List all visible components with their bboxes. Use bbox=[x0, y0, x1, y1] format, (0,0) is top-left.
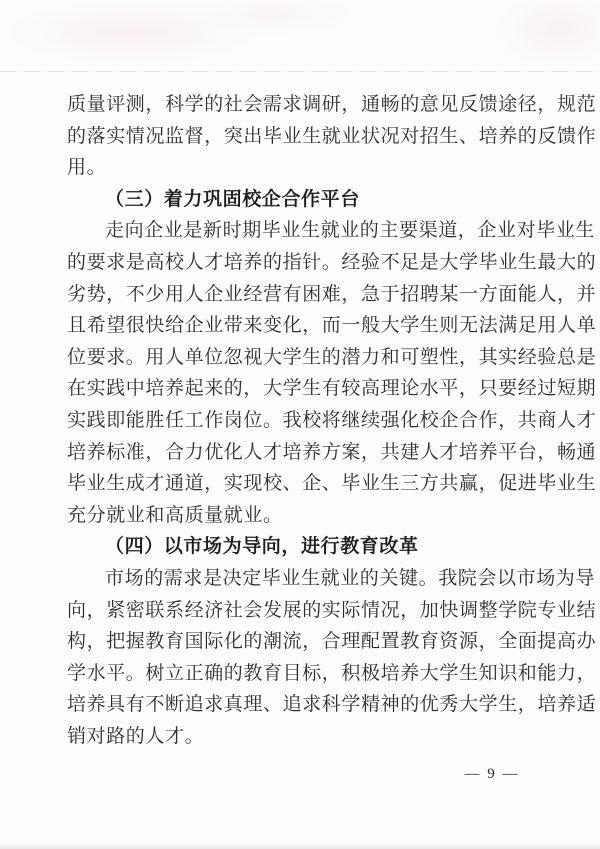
text-line: 位要求。用人单位忽视大学生的潜力和可塑性，其实经验总是 bbox=[67, 342, 545, 374]
text-line: 培养具有不断追求真理、追求科学精神的优秀大学生，培养适 bbox=[67, 689, 545, 721]
page-number: — 9 — bbox=[452, 766, 532, 783]
text-line: 市场的需求是决定毕业生就业的关键。我院会以市场为导 bbox=[67, 563, 545, 595]
text-line: 培养标准，合力优化人才培养方案，共建人才培养平台，畅通 bbox=[67, 437, 545, 469]
text-line: 向，紧密联系经济社会发展的实际情况，加快调整学院专业结 bbox=[67, 595, 545, 627]
section-heading: （四）以市场为导向，进行教育改革 bbox=[67, 531, 545, 563]
scan-artifact-bottom bbox=[0, 843, 600, 849]
document-body: 质量评测，科学的社会需求调研，通畅的意见反馈途径，规范的落实情况监督，突出毕业生… bbox=[67, 89, 545, 752]
text-line: 的落实情况监督，突出毕业生就业状况对招生、培养的反馈作 bbox=[67, 121, 545, 153]
scan-artifact-line bbox=[0, 71, 600, 72]
text-line: 在实践中培养起来的，大学生有较高理论水平，只要经过短期 bbox=[67, 373, 545, 405]
text-line: 实践即能胜任工作岗位。我校将继续强化校企合作，共商人才 bbox=[67, 405, 545, 437]
text-line: 用。 bbox=[67, 152, 545, 184]
document-page: 质量评测，科学的社会需求调研，通畅的意见反馈途径，规范的落实情况监督，突出毕业生… bbox=[0, 0, 600, 849]
scan-artifact-top bbox=[0, 0, 600, 72]
text-line: 销对路的人才。 bbox=[67, 721, 545, 753]
text-line: 且希望很快给企业带来变化，而一般大学生则无法满足用人单 bbox=[67, 310, 545, 342]
text-line: 学水平。树立正确的教育目标，积极培养大学生知识和能力， bbox=[67, 658, 545, 690]
text-line: 构，把握教育国际化的潮流，合理配置教育资源，全面提高办 bbox=[67, 626, 545, 658]
section-heading: （三）着力巩固校企合作平台 bbox=[67, 184, 545, 216]
text-line: 质量评测，科学的社会需求调研，通畅的意见反馈途径，规范 bbox=[67, 89, 545, 121]
text-line: 充分就业和高质量就业。 bbox=[67, 500, 545, 532]
text-line: 劣势，不少用人企业经营有困难，急于招聘某一方面能人，并 bbox=[67, 279, 545, 311]
text-line: 走向企业是新时期毕业生就业的主要渠道，企业对毕业生 bbox=[67, 215, 545, 247]
text-line: 的要求是高校人才培养的指针。经验不足是大学毕业生最大的 bbox=[67, 247, 545, 279]
text-line: 毕业生成才通道，实现校、企、毕业生三方共赢，促进毕业生 bbox=[67, 468, 545, 500]
